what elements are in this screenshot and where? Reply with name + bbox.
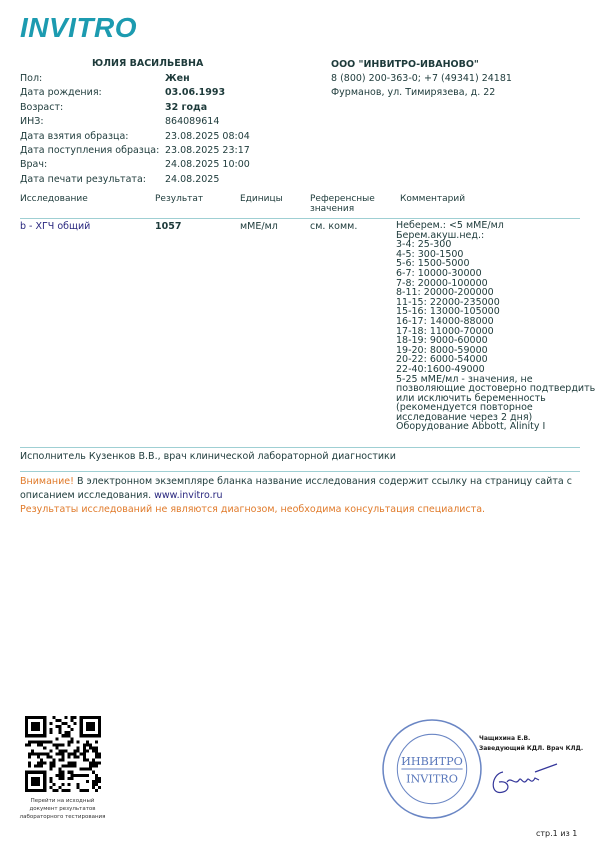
reference-value: см. комм. bbox=[310, 221, 357, 232]
info-label: Пол: bbox=[20, 72, 42, 86]
header-reference: Референсные bbox=[310, 194, 375, 204]
info-value: 23.08.2025 08:04 bbox=[165, 130, 250, 144]
invitro-logo: INVITRO bbox=[20, 12, 137, 44]
info-value: Жен bbox=[165, 72, 190, 86]
result-units: мМЕ/мл bbox=[240, 221, 278, 232]
info-label: Дата печати результата: bbox=[20, 173, 146, 187]
header-reference-2: значения bbox=[310, 204, 354, 214]
organization-name: ООО "ИНВИТРО-ИВАНОВО" bbox=[331, 58, 512, 72]
test-name-link[interactable]: b - ХГЧ общий bbox=[20, 221, 90, 232]
signer: Чащихина Е.В. Заведующий КДЛ. Врач КЛД. bbox=[479, 734, 583, 754]
divider bbox=[20, 471, 580, 472]
stamp-icon: ИНВИТРО INVITRO bbox=[381, 718, 483, 820]
qr-caption-line: лабораторного тестирования bbox=[10, 813, 115, 821]
svg-text:INVITRO: INVITRO bbox=[406, 772, 458, 785]
info-label: ИНЗ: bbox=[20, 115, 44, 129]
info-label: Врач: bbox=[20, 158, 47, 172]
comment: Неберем.: <5 мМЕ/млБерем.акуш.нед.:3-4: … bbox=[396, 221, 586, 432]
divider bbox=[20, 218, 580, 219]
header-comment: Комментарий bbox=[400, 194, 465, 204]
organization-address: Фурманов, ул. Тимирязева, д. 22 bbox=[331, 86, 512, 100]
header-result: Результат bbox=[155, 194, 203, 204]
website-link[interactable]: www.invitro.ru bbox=[154, 490, 222, 501]
qr-caption-line: Перейти на исходный bbox=[10, 797, 115, 805]
info-label: Дата взятия образца: bbox=[20, 130, 129, 144]
organization-block: ООО "ИНВИТРО-ИВАНОВО" 8 (800) 200-363-0;… bbox=[331, 58, 512, 100]
info-value: 03.06.1993 bbox=[165, 86, 225, 100]
info-label: Дата рождения: bbox=[20, 86, 102, 100]
signer-name: Чащихина Е.В. bbox=[479, 734, 583, 744]
info-label: Возраст: bbox=[20, 101, 63, 115]
notice: Внимание! В электронном экземпляре бланк… bbox=[20, 475, 590, 517]
disclaimer: Результаты исследований не являются диаг… bbox=[20, 503, 590, 517]
result-value: 1057 bbox=[155, 221, 181, 232]
qr-code-icon[interactable] bbox=[25, 716, 101, 792]
info-value: 24.08.2025 10:00 bbox=[165, 158, 250, 172]
info-value: 32 года bbox=[165, 101, 207, 115]
signature-icon bbox=[485, 752, 565, 802]
header-test: Исследование bbox=[20, 194, 88, 204]
attention-label: Внимание! bbox=[20, 476, 74, 487]
patient-name: ЮЛИЯ ВАСИЛЬЕВНА bbox=[92, 58, 203, 69]
performer: Исполнитель Кузенков В.В., врач клиничес… bbox=[20, 451, 396, 462]
info-value: 23.08.2025 23:17 bbox=[165, 144, 250, 158]
info-label: Дата поступления образца: bbox=[20, 144, 159, 158]
info-value: 864089614 bbox=[165, 115, 219, 129]
svg-text:ИНВИТРО: ИНВИТРО bbox=[401, 755, 463, 768]
comment-line: Оборудование Abbott, Alinity I bbox=[396, 422, 586, 432]
qr-caption: Перейти на исходныйдокумент результатовл… bbox=[10, 797, 115, 821]
page-number: стр.1 из 1 bbox=[536, 829, 577, 838]
divider bbox=[20, 447, 580, 448]
header-units: Единицы bbox=[240, 194, 283, 204]
organization-phones: 8 (800) 200-363-0; +7 (49341) 24181 bbox=[331, 72, 512, 86]
qr-caption-line: документ результатов bbox=[10, 805, 115, 813]
notice-text: В электронном экземпляре бланка название… bbox=[20, 476, 572, 501]
info-value: 24.08.2025 bbox=[165, 173, 219, 187]
